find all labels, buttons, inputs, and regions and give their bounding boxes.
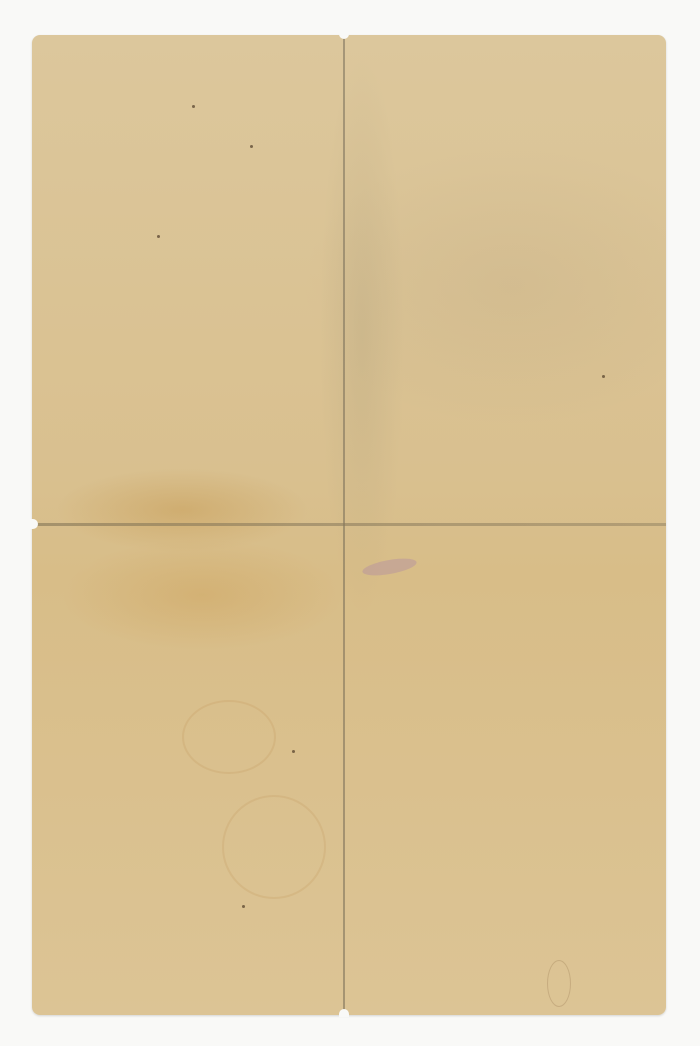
top-edge-tear	[339, 33, 349, 39]
left-edge-tear	[30, 519, 38, 529]
aged-paper-sheet	[32, 35, 666, 1015]
speck	[192, 105, 195, 108]
speck	[292, 750, 295, 753]
speck	[242, 905, 245, 908]
water-stain	[547, 960, 571, 1007]
speck	[602, 375, 605, 378]
horizontal-fold-line	[32, 523, 666, 526]
speck	[157, 235, 160, 238]
faint-stamp-impression	[182, 700, 276, 774]
speck	[250, 145, 253, 148]
bottom-edge-tear	[339, 1009, 349, 1017]
faint-stamp-impression	[222, 795, 326, 899]
purple-ink-mark	[361, 555, 418, 578]
